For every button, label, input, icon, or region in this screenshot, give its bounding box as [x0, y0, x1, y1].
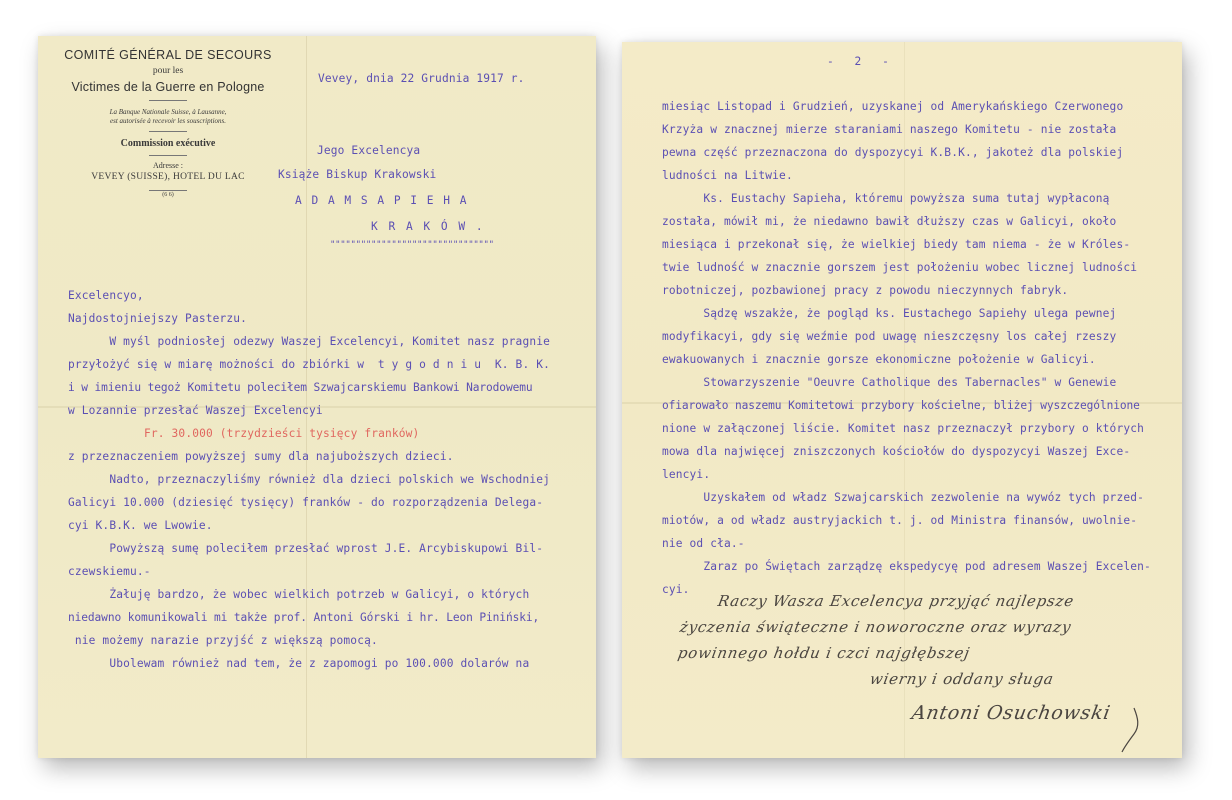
- org-name: COMITÉ GÉNÉRAL DE SECOURS: [38, 48, 298, 62]
- body-line: Stowarzyszenie "Oeuvre Catholique des Ta…: [662, 376, 1116, 389]
- salutation: Excelencyo,: [68, 289, 144, 302]
- recipient-office: Książe Biskup Krakowski: [278, 168, 436, 181]
- recipient-city: K R A K Ó W .: [371, 220, 485, 233]
- body-line: ofiarowało naszemu Komitetowi przybory k…: [662, 399, 1140, 412]
- handwritten-closing-2: życzenia świąteczne i noworoczne oraz wy…: [678, 618, 1072, 636]
- org-subtitle: Victimes de la Guerre en Pologne: [38, 80, 298, 94]
- letter-page-2: - 2 - miesiąc Listopad i Grudzień, uzysk…: [622, 42, 1182, 758]
- page-number: - 2 -: [827, 55, 889, 68]
- body-line: twie ludność w znacznie gorszem jest poł…: [662, 261, 1137, 274]
- body-line: Zaraz po Świętach zarządzę ekspedycyę po…: [662, 560, 1151, 573]
- bank-note-2: est autorisée à recevoir les souscriptio…: [38, 117, 298, 125]
- body-line: Ubolewam również nad tem, że z zapomogi …: [68, 657, 529, 670]
- handwritten-closing-4: wierny i oddany sługa: [868, 670, 1055, 688]
- body-line: nie od cła.-: [662, 537, 745, 550]
- commission-label: Commission exécutive: [38, 138, 298, 149]
- divider: [149, 100, 187, 101]
- body-line: miesiąca i przekonał się, że wielkiej bi…: [662, 238, 1130, 251]
- body-line: Uzyskałem od władz Szwajcarskich zezwole…: [662, 491, 1144, 504]
- letter-page-1: COMITÉ GÉNÉRAL DE SECOURS pour les Victi…: [38, 36, 596, 758]
- body-line: cyi K.B.K. we Lwowie.: [68, 519, 213, 532]
- body-line: mowa dla najwięcej zniszczonych kościołó…: [662, 445, 1130, 458]
- body-line: pewna część przeznaczona do dyspozycyi K…: [662, 146, 1123, 159]
- body-line: Żałuję bardzo, że wobec wielkich potrzeb…: [68, 588, 529, 601]
- body-line: Nadto, przeznaczyliśmy również dla dziec…: [68, 473, 550, 486]
- printer-mark: (6 6): [38, 192, 298, 198]
- bank-note-1: La Banque Nationale Suisse, à Lausanne,: [38, 108, 298, 116]
- body-line: Galicyi 10.000 (dziesięć tysięcy) frankó…: [68, 496, 543, 509]
- body-line: przyłożyć się w miarę możności do zbiórk…: [68, 358, 550, 371]
- body-line: Krzyża w znacznej mierze staraniami nasz…: [662, 123, 1116, 136]
- signature-flourish: [1120, 704, 1150, 754]
- body-line: Sądzę wszakże, że pogląd ks. Eustachego …: [662, 307, 1116, 320]
- body-line: miesiąc Listopad i Grudzień, uzyskanej o…: [662, 100, 1123, 113]
- body-line: W myśl podniosłej odezwy Waszej Excelenc…: [68, 335, 550, 348]
- body-line: w Lozannie przesłać Waszej Excelencyi: [68, 404, 323, 417]
- paper-fold: [306, 36, 307, 758]
- address: VEVEY (SUISSE), HOTEL DU LAC: [38, 172, 298, 182]
- body-line: Powyższą sumę poleciłem przesłać wprost …: [68, 542, 543, 555]
- signature: Antoni Osuchowski: [910, 702, 1112, 724]
- handwritten-closing-3: powinnego hołdu i czci najgłębszej: [676, 644, 971, 662]
- body-line: czewskiemu.-: [68, 565, 151, 578]
- org-pour-les: pour les: [38, 66, 298, 76]
- body-line: Ks. Eustachy Sapieha, któremu powyższa s…: [662, 192, 1110, 205]
- recipient-underline: """""""""""""""""""""""""""""""": [330, 240, 494, 250]
- body-line: i w imieniu tegoż Komitetu poleciłem Szw…: [68, 381, 532, 394]
- divider: [149, 190, 187, 191]
- body-line: miotów, a od władz austryjackich t. j. o…: [662, 514, 1137, 527]
- body-line: została, mówił mi, że niedawno bawił dłu…: [662, 215, 1116, 228]
- amount-line: Fr. 30.000 (trzydzieści tysięcy franków): [144, 427, 419, 440]
- body-line: nie możemy narazie przyjść z większą pom…: [68, 634, 378, 647]
- date-line: Vevey, dnia 22 Grudnia 1917 r.: [318, 72, 525, 85]
- body-line: modyfikacyi, gdy się weźmie pod uwagę ni…: [662, 330, 1116, 343]
- address-label: Adresse :: [38, 161, 298, 170]
- body-line: ewakuowanych i znacznie gorsze ekonomicz…: [662, 353, 1096, 366]
- body-line: ludności na Litwie.: [662, 169, 793, 182]
- handwritten-closing-1: Raczy Wasza Excelencya przyjąć najlepsze: [716, 592, 1075, 610]
- divider: [149, 131, 187, 132]
- body-line: z przeznaczeniem powyższej sumy dla naju…: [68, 450, 454, 463]
- body-line: cyi.: [662, 583, 690, 596]
- divider: [149, 155, 187, 156]
- body-line: robotniczej, pozbawionej pracy z powodu …: [662, 284, 1068, 297]
- salutation-2: Najdostojniejszy Pasterzu.: [68, 312, 247, 325]
- body-line: lencyi.: [662, 468, 710, 481]
- recipient-title: Jego Excelencya: [317, 144, 420, 157]
- recipient-name: A D A M S A P I E H A: [295, 194, 468, 207]
- body-line: nione w załączonej liście. Komitet nasz …: [662, 422, 1144, 435]
- body-line: niedawno komunikowali mi także prof. Ant…: [68, 611, 539, 624]
